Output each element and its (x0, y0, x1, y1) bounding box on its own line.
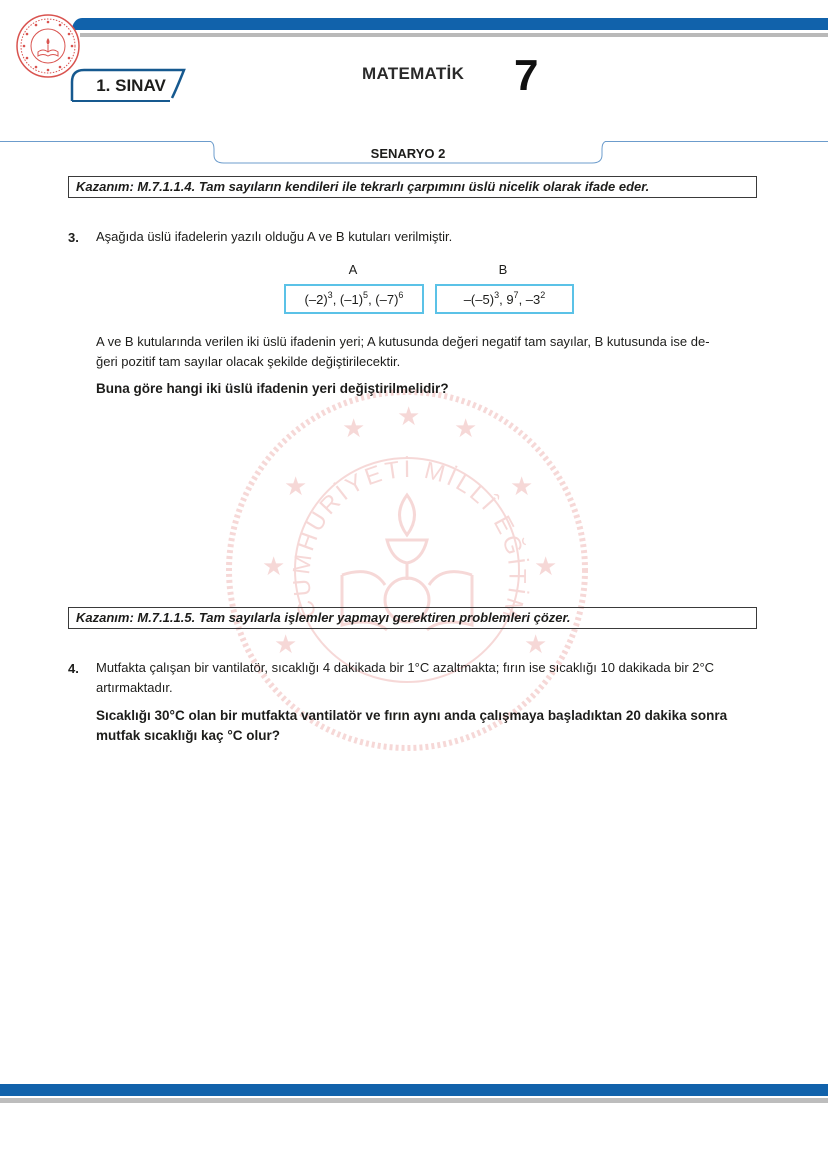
question-4-body-line1: Mutfakta çalışan bir vantilatör, sıcaklı… (96, 657, 714, 678)
exam-label: 1. SINAV (70, 68, 186, 102)
question-number-3: 3. (68, 230, 79, 245)
footer-gray-bar (0, 1098, 828, 1103)
exam-tab: 1. SINAV (70, 68, 186, 102)
scenario-tab: SENARYO 2 (208, 141, 608, 165)
svg-text:★: ★ (534, 551, 557, 581)
scenario-title: SENARYO 2 (208, 141, 608, 167)
svg-text:★: ★ (510, 471, 533, 501)
svg-text:★: ★ (274, 629, 297, 659)
box-b-label: B (483, 262, 523, 277)
question-3-prompt: Buna göre hangi iki üslü ifadenin yeri d… (96, 378, 449, 399)
kazanim-box-1: Kazanım: M.7.1.1.4. Tam sayıların kendil… (68, 176, 757, 198)
box-a: (–2)3, (–1)5, (–7)6 (284, 284, 424, 314)
expr-a3: (–7)6 (375, 292, 403, 307)
grade-number: 7 (514, 51, 538, 101)
question-4-prompt-line2: mutfak sıcaklığı kaç °C olur? (96, 725, 280, 746)
expr-b3: –32 (526, 292, 545, 307)
expr-a2: (–1)5 (340, 292, 368, 307)
expr-b2: 97 (506, 292, 518, 307)
meb-seal-watermark-icon: ★★★ ★★ ★★ ★★ CUMHURİYETİ MİLLÎ EĞİTİM BA (222, 385, 592, 755)
svg-text:★: ★ (262, 551, 285, 581)
question-3-body-line1: A ve B kutularında verilen iki üslü ifad… (96, 331, 710, 352)
question-4-body-line2: artırmaktadır. (96, 677, 173, 698)
svg-text:★: ★ (454, 413, 477, 443)
question-3-intro: Aşağıda üslü ifadelerin yazılı olduğu A … (96, 226, 452, 247)
subject-title: MATEMATİK (362, 64, 464, 84)
question-4-prompt-line1: Sıcaklığı 30°C olan bir mutfakta vantila… (96, 705, 727, 726)
svg-text:★: ★ (524, 629, 547, 659)
expr-b1: –(–5)3 (464, 292, 499, 307)
question-number-4: 4. (68, 661, 79, 676)
question-3-body-line2: ğeri pozitif tam sayılar olacak şekilde … (96, 351, 400, 372)
header-blue-bar (72, 18, 828, 30)
expr-a1: (–2)3 (305, 292, 333, 307)
svg-text:★: ★ (284, 471, 307, 501)
footer-blue-bar (0, 1084, 828, 1096)
svg-text:★: ★ (397, 401, 420, 431)
svg-text:CUMHURİYETİ MİLLÎ EĞİTİM BA: CUMHURİYETİ MİLLÎ EĞİTİM BA (222, 385, 531, 625)
header-gray-bar (80, 33, 828, 37)
kazanim-box-2: Kazanım: M.7.1.1.5. Tam sayılarla işleml… (68, 607, 757, 629)
box-b: –(–5)3, 97, –32 (435, 284, 574, 314)
svg-text:★: ★ (342, 413, 365, 443)
box-a-label: A (333, 262, 373, 277)
